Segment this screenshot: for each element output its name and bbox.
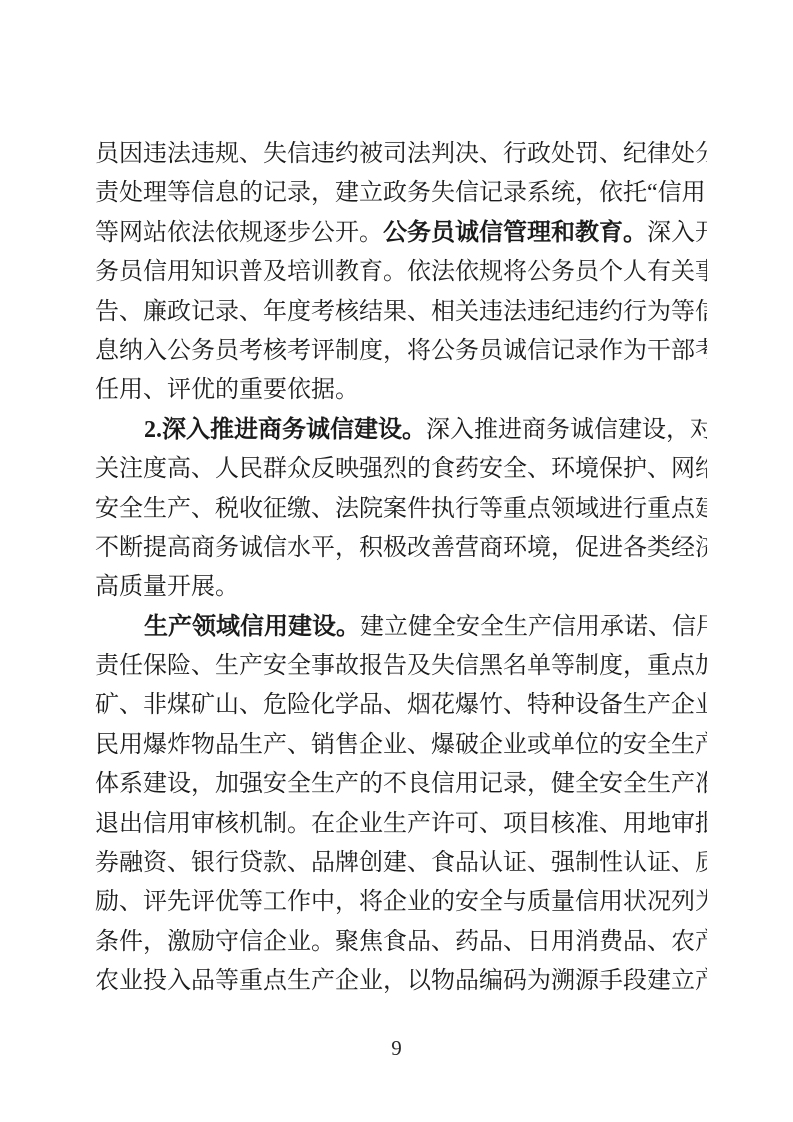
text-segment: 息纳入公务员考核考评制度，将公务员诚信记录作为干部考核、 bbox=[95, 338, 707, 364]
text-segment: 条件，激励守信企业。聚焦食品、药品、日用消费品、农产品和 bbox=[95, 929, 707, 955]
text-segment: 券融资、银行贷款、品牌创建、食品认证、强制性认证、质量奖 bbox=[95, 850, 707, 876]
document-page: 员因违法违规、失信违约被司法判决、行政处罚、纪律处分、问责处理等信息的记录，建立… bbox=[0, 0, 793, 1122]
text-segment: 安全生产、税收征缴、法院案件执行等重点领域进行重点建设， bbox=[95, 496, 707, 522]
text-segment: 农业投入品等重点生产企业，以物品编码为溯源手段建立产品质 bbox=[95, 968, 707, 994]
text-segment: 不断提高商务诚信水平，积极改善营商环境，促进各类经济活动 bbox=[95, 535, 707, 561]
text-line: 退出信用审核机制。在企业生产许可、项目核准、用地审批、证 bbox=[95, 805, 707, 844]
bold-text-segment: 公务员诚信管理和教育。 bbox=[383, 220, 647, 246]
text-line: 安全生产、税收征缴、法院案件执行等重点领域进行重点建设， bbox=[95, 490, 707, 529]
paragraph: 员因违法违规、失信违约被司法判决、行政处罚、纪律处分、问责处理等信息的记录，建立… bbox=[95, 135, 707, 411]
text-segment: 深入推进商务诚信建设，对社会 bbox=[426, 417, 707, 443]
text-line: 2.深入推进商务诚信建设。深入推进商务诚信建设，对社会 bbox=[95, 411, 707, 450]
text-segment: 务员信用知识普及培训教育。依法依规将公务员个人有关事项报 bbox=[95, 259, 707, 285]
paragraph: 生产领域信用建设。建立健全安全生产信用承诺、信用档案、责任保险、生产安全事故报告… bbox=[95, 608, 707, 1002]
bold-text-segment: 生产领域信用建设。 bbox=[144, 614, 360, 640]
text-line: 券融资、银行贷款、品牌创建、食品认证、强制性认证、质量奖 bbox=[95, 844, 707, 883]
text-line: 高质量开展。 bbox=[95, 568, 707, 607]
text-segment: 等网站依法依规逐步公开。 bbox=[95, 220, 383, 246]
text-segment: 建立健全安全生产信用承诺、信用档案、 bbox=[360, 614, 707, 640]
text-segment: 退出信用审核机制。在企业生产许可、项目核准、用地审批、证 bbox=[95, 811, 707, 837]
text-line: 责处理等信息的记录，建立政务失信记录系统，依托“信用中国” bbox=[95, 174, 707, 213]
text-line: 务员信用知识普及培训教育。依法依规将公务员个人有关事项报 bbox=[95, 253, 707, 292]
text-line: 责任保险、生产安全事故报告及失信黑名单等制度，重点加强煤 bbox=[95, 647, 707, 686]
text-segment: 员因违法违规、失信违约被司法判决、行政处罚、纪律处分、问 bbox=[95, 141, 707, 167]
text-segment: 深入开展公 bbox=[647, 220, 707, 246]
text-segment: 责任保险、生产安全事故报告及失信黑名单等制度，重点加强煤 bbox=[95, 653, 707, 679]
text-segment: 任用、评优的重要依据。 bbox=[95, 377, 359, 403]
text-line: 条件，激励守信企业。聚焦食品、药品、日用消费品、农产品和 bbox=[95, 923, 707, 962]
bold-text-segment: 2.深入推进商务诚信建设。 bbox=[144, 417, 426, 443]
text-line: 民用爆炸物品生产、销售企业、爆破企业或单位的安全生产信用 bbox=[95, 726, 707, 765]
text-line: 励、评先评优等工作中，将企业的安全与质量信用状况列为参考 bbox=[95, 883, 707, 922]
page-number: 9 bbox=[0, 1036, 793, 1061]
text-segment: 矿、非煤矿山、危险化学品、烟花爆竹、特种设备生产企业以及 bbox=[95, 692, 707, 718]
text-segment: 责处理等信息的记录，建立政务失信记录系统，依托“信用中国” bbox=[95, 180, 707, 206]
text-segment: 民用爆炸物品生产、销售企业、爆破企业或单位的安全生产信用 bbox=[95, 732, 707, 758]
text-line: 息纳入公务员考核考评制度，将公务员诚信记录作为干部考核、 bbox=[95, 332, 707, 371]
text-line: 生产领域信用建设。建立健全安全生产信用承诺、信用档案、 bbox=[95, 608, 707, 647]
text-line: 关注度高、人民群众反映强烈的食药安全、环境保护、网络诈骗、 bbox=[95, 450, 707, 489]
document-body: 员因违法违规、失信违约被司法判决、行政处罚、纪律处分、问责处理等信息的记录，建立… bbox=[95, 135, 707, 1002]
text-segment: 关注度高、人民群众反映强烈的食药安全、环境保护、网络诈骗、 bbox=[95, 456, 707, 482]
text-line: 员因违法违规、失信违约被司法判决、行政处罚、纪律处分、问 bbox=[95, 135, 707, 174]
text-segment: 高质量开展。 bbox=[95, 574, 239, 600]
text-segment: 告、廉政记录、年度考核结果、相关违法违纪违约行为等信用信 bbox=[95, 299, 707, 325]
text-line: 等网站依法依规逐步公开。公务员诚信管理和教育。深入开展公 bbox=[95, 214, 707, 253]
text-line: 任用、评优的重要依据。 bbox=[95, 371, 707, 410]
text-segment: 体系建设，加强安全生产的不良信用记录，健全安全生产准入和 bbox=[95, 771, 707, 797]
text-line: 体系建设，加强安全生产的不良信用记录，健全安全生产准入和 bbox=[95, 765, 707, 804]
text-line: 矿、非煤矿山、危险化学品、烟花爆竹、特种设备生产企业以及 bbox=[95, 686, 707, 725]
text-line: 不断提高商务诚信水平，积极改善营商环境，促进各类经济活动 bbox=[95, 529, 707, 568]
text-segment: 励、评先评优等工作中，将企业的安全与质量信用状况列为参考 bbox=[95, 889, 707, 915]
text-line: 告、廉政记录、年度考核结果、相关违法违纪违约行为等信用信 bbox=[95, 293, 707, 332]
paragraph: 2.深入推进商务诚信建设。深入推进商务诚信建设，对社会关注度高、人民群众反映强烈… bbox=[95, 411, 707, 608]
text-line: 农业投入品等重点生产企业，以物品编码为溯源手段建立产品质 bbox=[95, 962, 707, 1001]
